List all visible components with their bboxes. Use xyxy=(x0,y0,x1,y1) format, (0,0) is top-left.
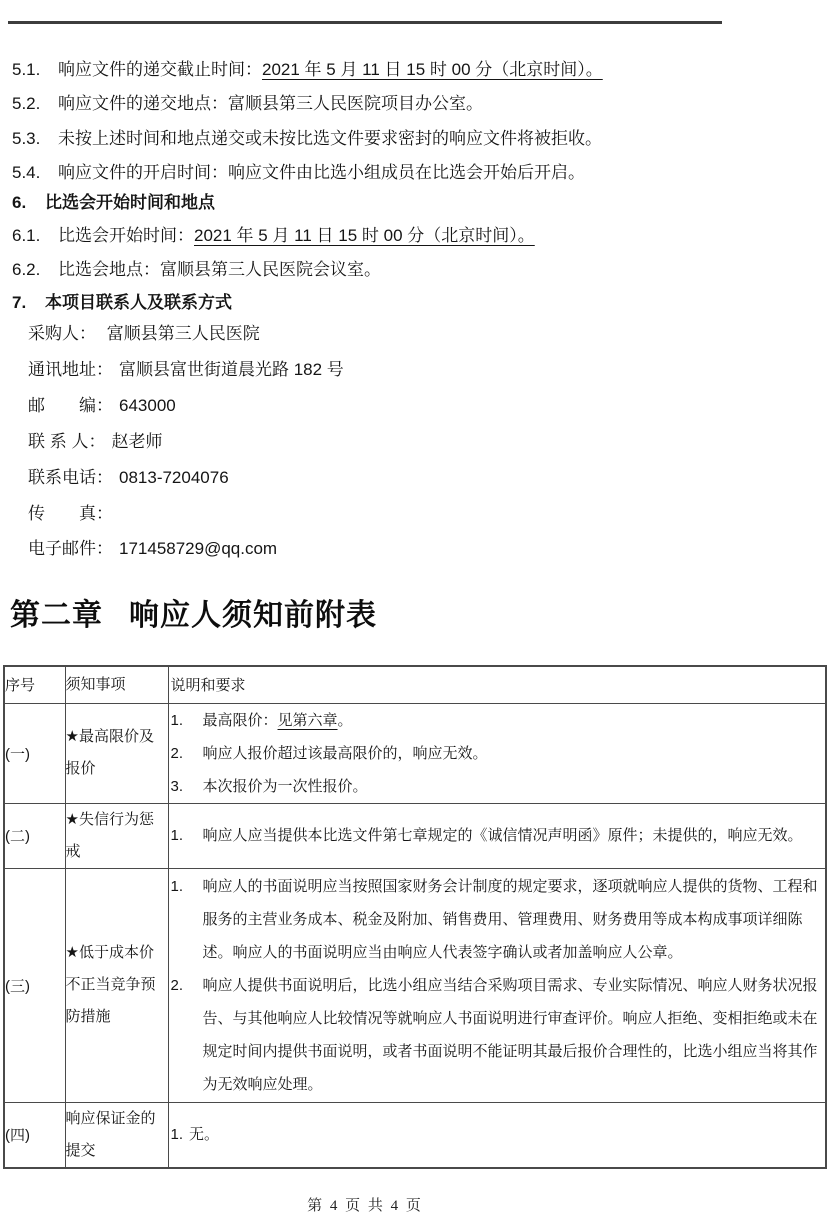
header-rule xyxy=(8,21,722,24)
contact-value: 富顺县富世街道晨光路 182 号 xyxy=(119,358,344,381)
contact-row-purchaser: 采购人： 富顺县第三人民医院 xyxy=(28,322,260,345)
clause-5-2: 5.2. 响应文件的递交地点：富顺县第三人民医院项目办公室。 xyxy=(12,92,483,115)
detail-number: 3. xyxy=(169,770,203,803)
section-number: 6. xyxy=(12,191,45,214)
clause-text: 比选会开始时间：2021 年 5 月 11 日 15 时 00 分（北京时间）。 xyxy=(58,224,535,247)
contact-value: 171458729@qq.com xyxy=(119,537,277,560)
clause-6-1: 6.1. 比选会开始时间：2021 年 5 月 11 日 15 时 00 分（北… xyxy=(12,224,535,247)
header-serial: 序号 xyxy=(4,666,65,703)
contact-label: 邮 编： xyxy=(28,394,113,417)
section-heading-7: 7. 本项目联系人及联系方式 xyxy=(12,291,232,314)
detail-number: 1. xyxy=(169,1118,184,1151)
detail-line: 2. 响应人提供书面说明后，比选小组应当结合采购项目需求、专业实际情况、响应人财… xyxy=(169,969,826,1101)
detail-text: 无。 xyxy=(189,1118,825,1151)
contact-label: 联 系 人： xyxy=(28,430,105,453)
clause-number: 5.1. xyxy=(12,58,58,81)
row-requirements: 1. 响应人应当提供本比选文件第七章规定的《诚信情况声明函》原件；未提供的，响应… xyxy=(168,803,826,868)
clause-text: 响应文件的递交地点：富顺县第三人民医院项目办公室。 xyxy=(58,92,483,115)
detail-number: 1. xyxy=(169,870,203,903)
detail-text: 最高限价：见第六章。 xyxy=(203,704,826,737)
contact-row-email: 电子邮件： 171458729@qq.com xyxy=(28,537,277,560)
row-item: 响应保证金的提交 xyxy=(65,1102,168,1168)
detail-line: 1. 最高限价：见第六章。 xyxy=(169,704,826,737)
table-row: (二) ★失信行为惩戒 1. 响应人应当提供本比选文件第七章规定的《诚信情况声明… xyxy=(4,803,826,868)
detail-line: 1. 响应人应当提供本比选文件第七章规定的《诚信情况声明函》原件；未提供的，响应… xyxy=(169,819,826,852)
detail-number: 1. xyxy=(169,704,203,737)
contact-row-fax: 传 真： xyxy=(28,502,119,525)
section-title: 本项目联系人及联系方式 xyxy=(45,291,232,314)
detail-number: 2. xyxy=(169,737,203,770)
contact-row-address: 通讯地址： 富顺县富世街道晨光路 182 号 xyxy=(28,358,344,381)
detail-text: 响应人应当提供本比选文件第七章规定的《诚信情况声明函》原件；未提供的，响应无效。 xyxy=(203,819,826,852)
row-serial: (二) xyxy=(4,803,65,868)
clause-number: 5.3. xyxy=(12,127,58,150)
detail-text: 本次报价为一次性报价。 xyxy=(203,770,826,803)
deadline-underlined: 2021 年 5 月 11 日 15 时 00 分（北京时间）。 xyxy=(262,60,603,79)
contact-value: 富顺县第三人民医院 xyxy=(102,322,260,345)
clause-text: 未按上述时间和地点递交或未按比选文件要求密封的响应文件将被拒收。 xyxy=(58,127,602,150)
detail-text: 响应人提供书面说明后，比选小组应当结合采购项目需求、专业实际情况、响应人财务状况… xyxy=(203,969,826,1101)
clause-5-3: 5.3. 未按上述时间和地点递交或未按比选文件要求密封的响应文件将被拒收。 xyxy=(12,127,602,150)
detail-text: 响应人的书面说明应当按照国家财务会计制度的规定要求，逐项就响应人提供的货物、工程… xyxy=(203,870,826,969)
contact-row-person: 联 系 人： 赵老师 xyxy=(28,430,162,453)
clause-6-2: 6.2. 比选会地点：富顺县第三人民医院会议室。 xyxy=(12,258,381,281)
contact-row-phone: 联系电话： 0813-7204076 xyxy=(28,466,229,489)
row-item: ★最高限价及报价 xyxy=(65,703,168,803)
clause-5-1: 5.1. 响应文件的递交截止时间：2021 年 5 月 11 日 15 时 00… xyxy=(12,58,603,81)
section-number: 7. xyxy=(12,291,45,314)
notice-table: 序号 须知事项 说明和要求 (一) ★最高限价及报价 1. 最高限价：见第六章。… xyxy=(3,665,827,1169)
clause-text: 比选会地点：富顺县第三人民医院会议室。 xyxy=(58,258,381,281)
contact-label: 采购人： xyxy=(28,322,96,345)
row-serial: (三) xyxy=(4,868,65,1102)
contact-label: 通讯地址： xyxy=(28,358,113,381)
clause-number: 6.1. xyxy=(12,224,58,247)
row-requirements: 1. 响应人的书面说明应当按照国家财务会计制度的规定要求，逐项就响应人提供的货物… xyxy=(168,868,826,1102)
contact-label: 传 真： xyxy=(28,502,113,525)
header-requirements: 说明和要求 xyxy=(168,666,826,703)
table-row: (三) ★低于成本价不正当竞争预防措施 1. 响应人的书面说明应当按照国家财务会… xyxy=(4,868,826,1102)
clause-text: 响应文件的递交截止时间：2021 年 5 月 11 日 15 时 00 分（北京… xyxy=(58,58,603,81)
row-serial: (一) xyxy=(4,703,65,803)
detail-number: 1. xyxy=(169,819,203,852)
clause-text: 响应文件的开启时间：响应文件由比选小组成员在比选会开始后开启。 xyxy=(58,161,585,184)
chapter-name: 响应人须知前附表 xyxy=(129,599,377,632)
document-page: 5.1. 响应文件的递交截止时间：2021 年 5 月 11 日 15 时 00… xyxy=(0,0,830,1225)
clause-number: 5.4. xyxy=(12,161,58,184)
contact-value: 643000 xyxy=(119,394,176,417)
meeting-time-underlined: 2021 年 5 月 11 日 15 时 00 分（北京时间）。 xyxy=(194,226,535,245)
table-header-row: 序号 须知事项 说明和要求 xyxy=(4,666,826,703)
detail-line: 1. 无。 xyxy=(169,1118,826,1151)
see-chapter-six-underlined: 见第六章 xyxy=(278,712,338,729)
clause-5-4: 5.4. 响应文件的开启时间：响应文件由比选小组成员在比选会开始后开启。 xyxy=(12,161,585,184)
contact-label: 电子邮件： xyxy=(28,537,113,560)
table-row: (一) ★最高限价及报价 1. 最高限价：见第六章。 2. 响应人报价超过该最高… xyxy=(4,703,826,803)
detail-line: 1. 响应人的书面说明应当按照国家财务会计制度的规定要求，逐项就响应人提供的货物… xyxy=(169,870,826,969)
contact-row-postcode: 邮 编： 643000 xyxy=(28,394,176,417)
chapter-number: 第二章 xyxy=(10,599,103,632)
contact-value: 0813-7204076 xyxy=(119,466,229,489)
row-requirements: 1. 无。 xyxy=(168,1102,826,1168)
row-requirements: 1. 最高限价：见第六章。 2. 响应人报价超过该最高限价的，响应无效。 3. … xyxy=(168,703,826,803)
detail-number: 2. xyxy=(169,969,203,1002)
header-item: 须知事项 xyxy=(65,666,168,703)
table-row: (四) 响应保证金的提交 1. 无。 xyxy=(4,1102,826,1168)
detail-text: 响应人报价超过该最高限价的，响应无效。 xyxy=(203,737,826,770)
contact-value: 赵老师 xyxy=(111,430,162,453)
page-number: 第 4 页 共 4 页 xyxy=(0,1194,730,1215)
section-title: 比选会开始时间和地点 xyxy=(45,191,215,214)
clause-number: 6.2. xyxy=(12,258,58,281)
chapter-title: 第二章响应人须知前附表 xyxy=(10,590,377,634)
detail-line: 2. 响应人报价超过该最高限价的，响应无效。 xyxy=(169,737,826,770)
row-item: ★低于成本价不正当竞争预防措施 xyxy=(65,868,168,1102)
detail-line: 3. 本次报价为一次性报价。 xyxy=(169,770,826,803)
row-serial: (四) xyxy=(4,1102,65,1168)
contact-label: 联系电话： xyxy=(28,466,113,489)
clause-number: 5.2. xyxy=(12,92,58,115)
row-item: ★失信行为惩戒 xyxy=(65,803,168,868)
section-heading-6: 6. 比选会开始时间和地点 xyxy=(12,191,215,214)
